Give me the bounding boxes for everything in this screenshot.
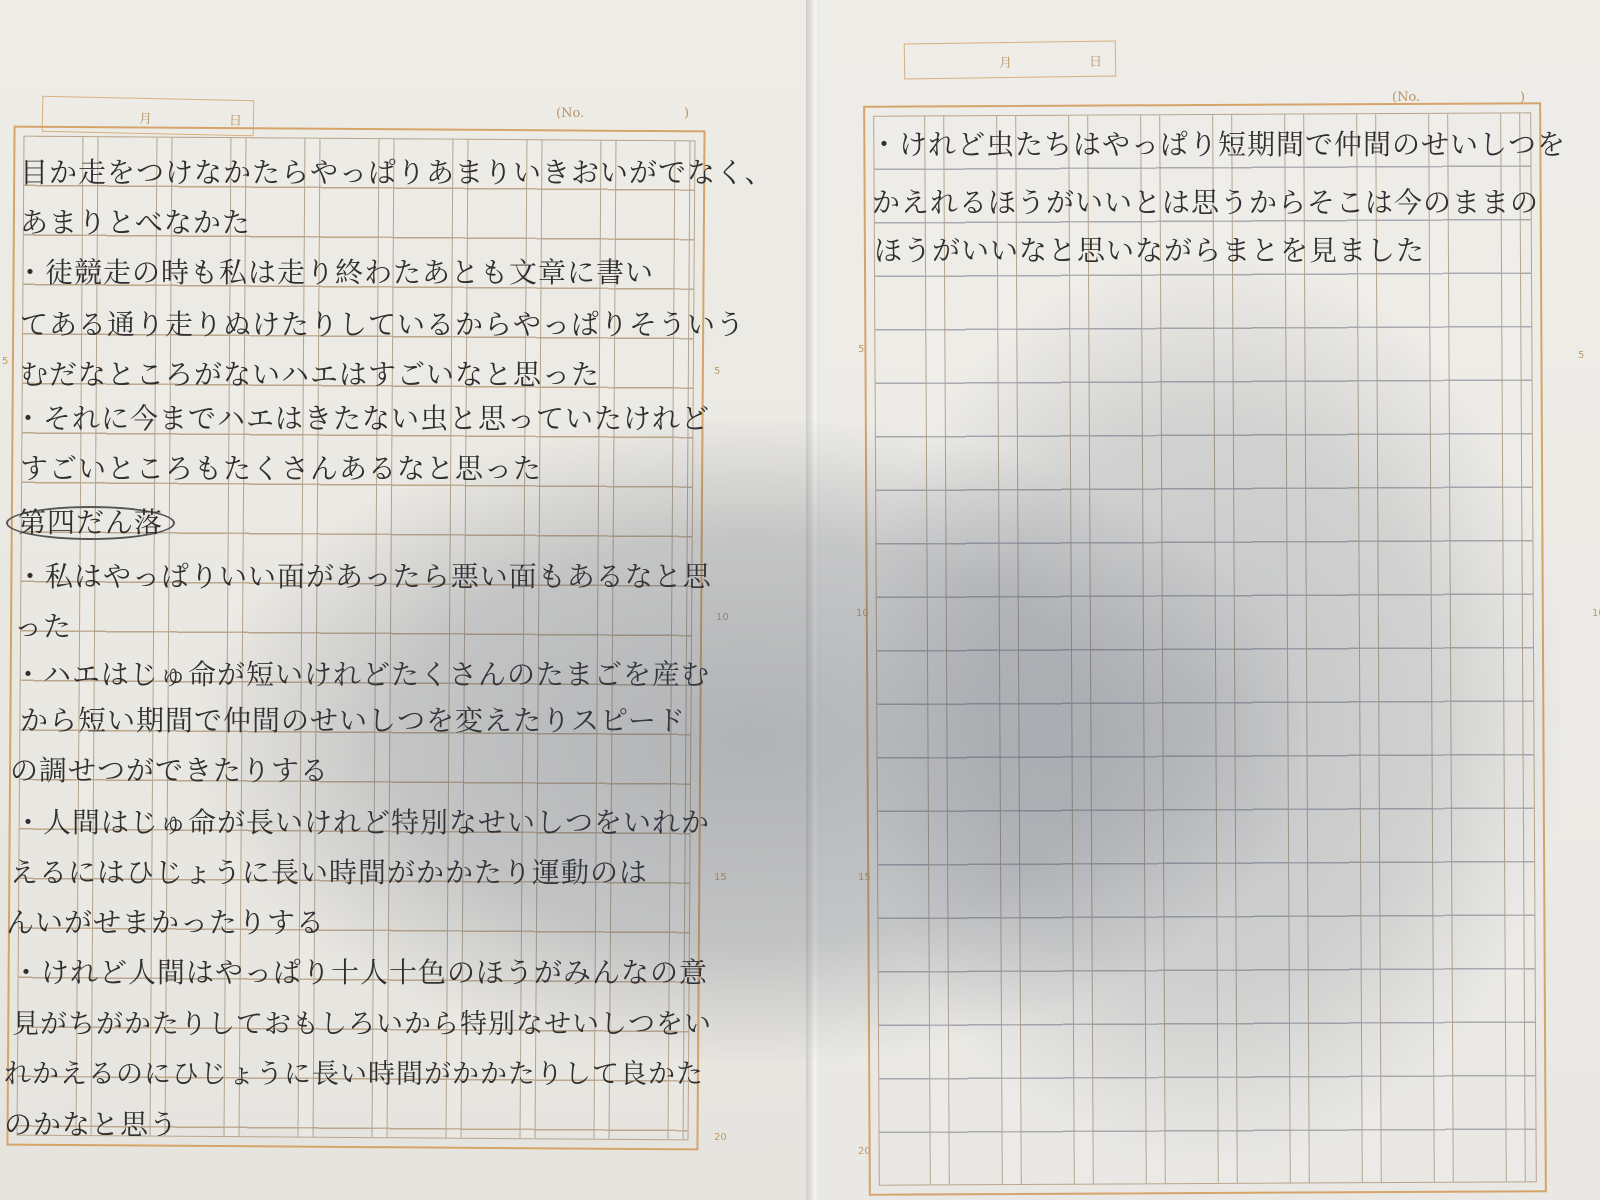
page-number-close: ) (684, 106, 689, 121)
text-line: すごいところもたくさんあるなと思った (20, 454, 542, 484)
text-line: れかえるのにひじょうに長い時間がかかたりして良かた (4, 1060, 704, 1090)
text-line: のかなと思う (4, 1110, 178, 1140)
date-box: 月 日 (904, 41, 1116, 80)
text-line: えるにはひじょうに長い時間がかかたり運動のは (10, 858, 648, 888)
text-line: ほうがいいなと思いながらまとを見ました (874, 236, 1425, 266)
grid-columns (874, 113, 1536, 1184)
text-line: ・それに今までハエはきたない虫と思っていたけれど (14, 404, 710, 434)
text-line: 見がちがかたりしておもしろいから特別なせいしつをい (12, 1010, 712, 1040)
text-line: ・私はやっぱりいい面があったら悪い面もあるなと思 (16, 562, 712, 592)
line-number-20: 20 (858, 1146, 871, 1157)
line-number-20: 20 (714, 1132, 727, 1143)
text-line: かえれるほうがいいとは思うからそこは今のままの (872, 188, 1539, 218)
line-number-15: 15 (714, 872, 727, 883)
text-line: ・徒競走の時も私は走り終わたあとも文章に書い (16, 258, 654, 288)
line-number-5: 5 (858, 344, 864, 355)
text-line: ・ハエはじゅ命が短いけれどたくさんのたまごを産む (14, 660, 710, 690)
line-number-15: 15 (858, 872, 871, 883)
line-number-10-right: 10 (1592, 608, 1600, 619)
line-number-5: 5 (2, 356, 8, 367)
page-number-open: (No. (556, 106, 584, 121)
section-heading-circled: 第四だん落 (6, 506, 175, 540)
right-page: 月 日 (No. ) (820, 0, 1600, 1200)
writing-grid (873, 112, 1537, 1185)
month-label: 月 (999, 52, 1012, 71)
month-label: 月 (139, 108, 152, 127)
text-line: むだなところがないハエはすごいなと思った (20, 360, 600, 390)
section-heading: 第四だん落 (6, 506, 175, 540)
left-page: 月 日 (No. ) (0, 0, 812, 1200)
notebook-spread: 月 日 (No. ) (0, 0, 1600, 1200)
line-number-10: 10 (716, 612, 729, 623)
line-number-10: 10 (856, 608, 869, 619)
text-line: ・人間はじゅ命が長いけれど特別なせいしつをいれか (14, 808, 710, 838)
text-line: あまりとべなかた (20, 208, 251, 238)
page-number-label: (No. ) (556, 106, 584, 121)
text-line: ・けれど人間はやっぱり十人十色のほうがみんなの意 (12, 958, 708, 988)
text-line: てある通り走りぬけたりしているからやっぱりそういう (20, 310, 745, 340)
line-number-5-right: 5 (1578, 350, 1584, 361)
line-number-5-right: 5 (714, 366, 720, 377)
text-line: から短い期間で仲間のせいしつを変えたりスピード (20, 706, 686, 736)
day-label: 日 (229, 110, 242, 129)
text-line: の調せつができたりする (10, 756, 329, 786)
day-label: 日 (1089, 51, 1102, 70)
text-line: ・けれど虫たちはやっぱり短期間で仲間のせいしつを (870, 130, 1566, 160)
text-line: 目か走をつけなかたらやっぱりあまりいきおいがでなく、 (20, 158, 773, 188)
text-line: った (14, 612, 72, 642)
text-line: んいがせまかったりする (6, 908, 325, 938)
